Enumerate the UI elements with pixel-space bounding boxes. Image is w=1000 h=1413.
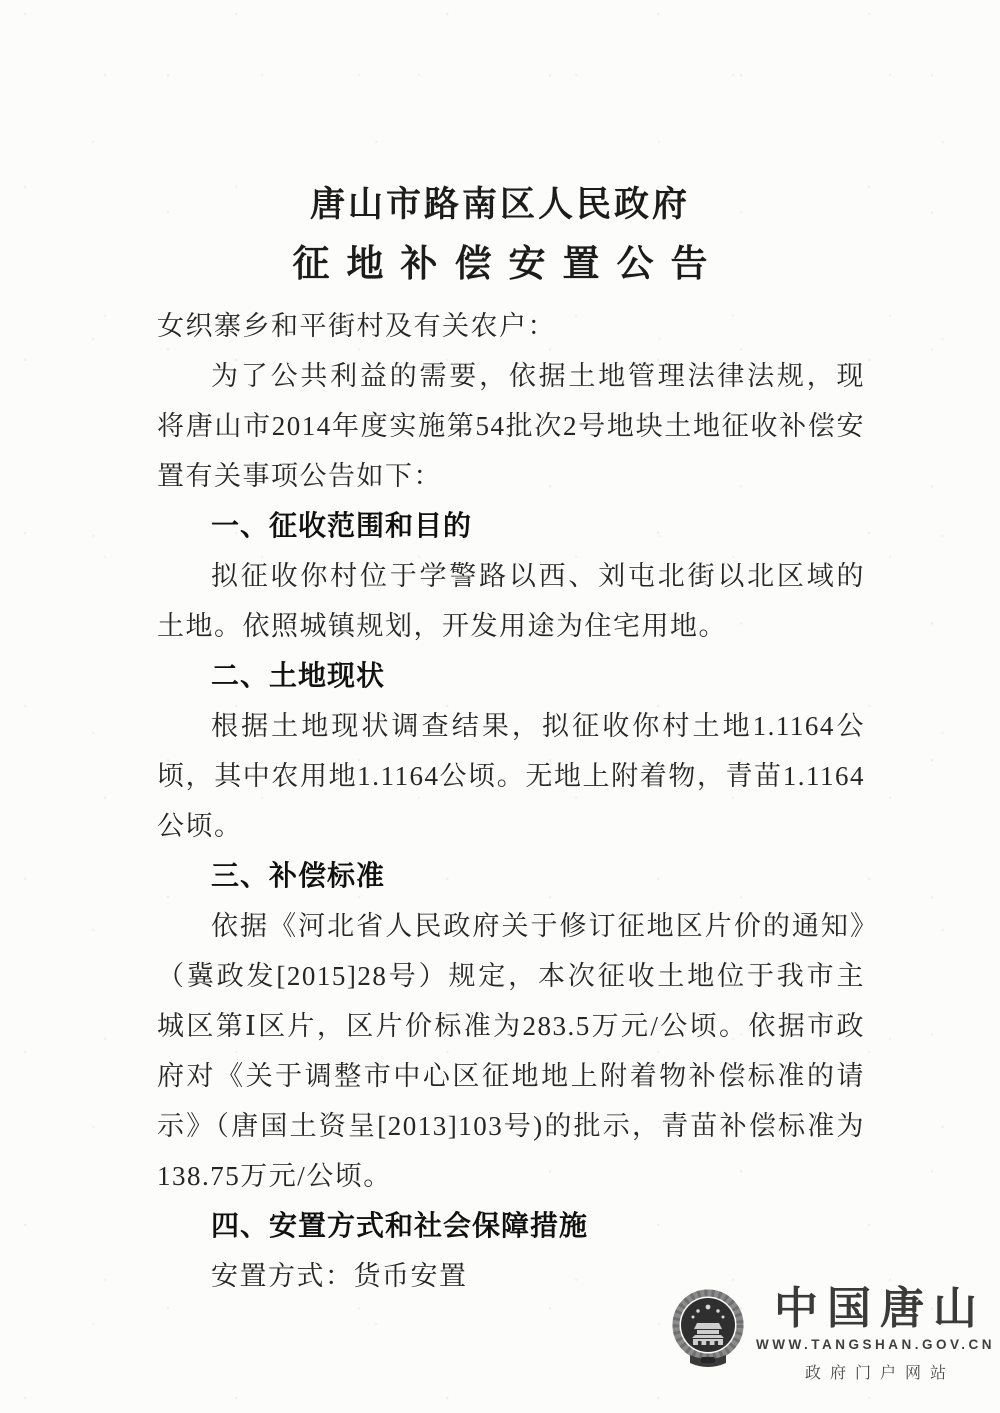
document-title: 唐山市路南区人民政府 征地补偿安置公告 [0,184,1000,286]
section-3-heading: 三、补偿标准 [157,851,865,901]
intro-paragraph: 为了公共利益的需要，依据土地管理法律法规，现将唐山市2014年度实施第54批次2… [157,351,865,501]
salutation: 女织寨乡和平街村及有关农户： [157,301,865,351]
section-4-heading: 四、安置方式和社会保障措施 [157,1201,865,1251]
china-national-emblem-icon [668,1289,748,1371]
section-1-heading: 一、征收范围和目的 [157,501,865,551]
portal-url: WWW.TANGSHAN.GOV.CN [756,1337,995,1352]
section-3-paragraph: 依据《河北省人民政府关于修订征地区片价的通知》（冀政发[2015]28号）规定，… [157,901,865,1201]
portal-tagline: 政府门户网站 [756,1360,995,1383]
section-2-paragraph: 根据土地现状调查结果，拟征收你村土地1.1164公顷，其中农用地1.1164公顷… [157,701,865,851]
section-2-heading: 二、土地现状 [157,651,865,701]
brand-calligraphy: 中国唐山 [756,1283,995,1335]
title-issuer: 唐山市路南区人民政府 [0,184,1000,226]
gov-portal-logo: 中国唐山 WWW.TANGSHAN.GOV.CN 政府门户网站 [668,1283,968,1395]
document-body: 女织寨乡和平街村及有关农户： 为了公共利益的需要，依据土地管理法律法规，现将唐山… [157,301,865,1301]
gov-portal-text: 中国唐山 WWW.TANGSHAN.GOV.CN 政府门户网站 [756,1283,995,1383]
section-1-paragraph: 拟征收你村位于学警路以西、刘屯北街以北区域的土地。依照城镇规划，开发用途为住宅用… [157,551,865,651]
title-subject: 征地补偿安置公告 [0,242,1000,286]
scanned-notice-page: 唐山市路南区人民政府 征地补偿安置公告 女织寨乡和平街村及有关农户： 为了公共利… [0,0,1000,1413]
